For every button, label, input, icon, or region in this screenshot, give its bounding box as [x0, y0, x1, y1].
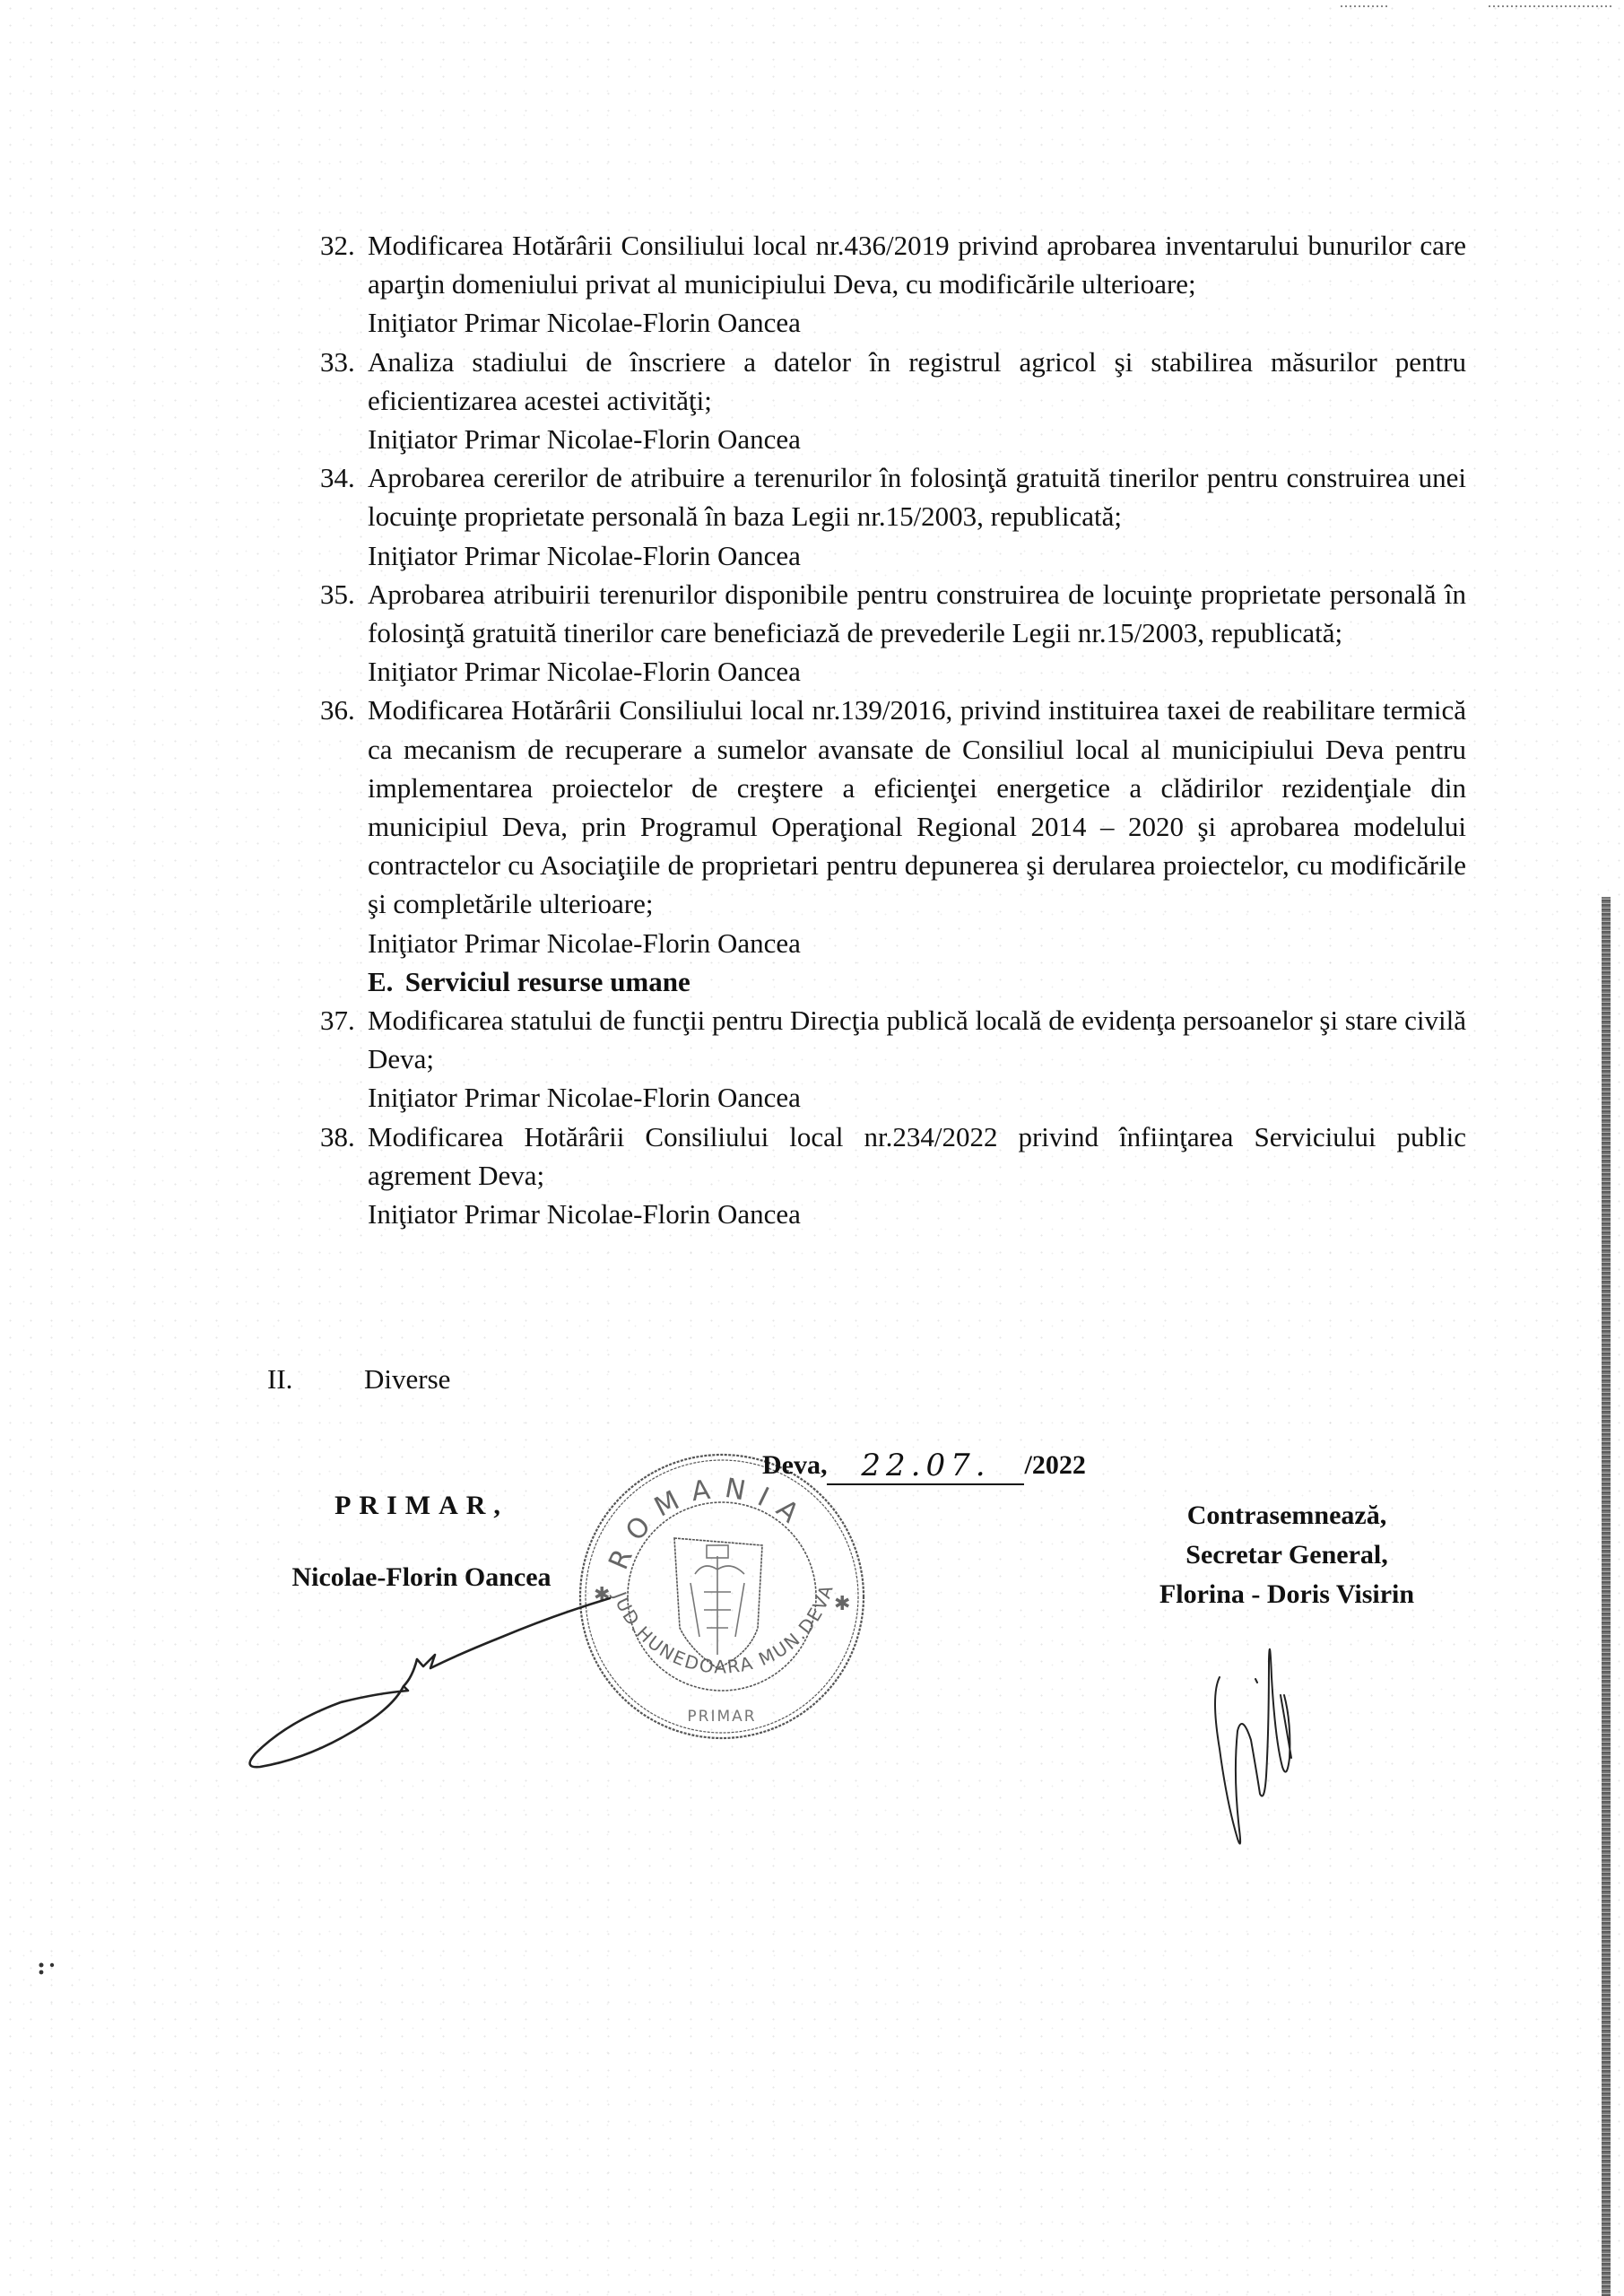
agenda-item: 38. Modificarea Hotărârii Consiliului lo… — [320, 1118, 1466, 1234]
section-number: II. — [267, 1363, 364, 1396]
date-place: Deva, — [762, 1450, 827, 1480]
svg-text:ROMANIA: ROMANIA — [603, 1473, 813, 1574]
item-text: Analiza stadiului de înscriere a datelor… — [368, 343, 1466, 420]
secretary-title: Secretar General, — [1099, 1535, 1475, 1575]
secretary-signature-icon — [1202, 1623, 1336, 1857]
item-number: 35. — [320, 575, 368, 691]
secretary-signature-block: Contrasemnează, Secretar General, Florin… — [1099, 1496, 1475, 1614]
agenda-item: 34. Aprobarea cererilor de atribuire a t… — [320, 458, 1466, 575]
item-text: Modificarea statului de funcţii pentru D… — [368, 1001, 1466, 1078]
section-heading: E. Serviciul resurse umane — [320, 962, 1466, 1001]
scan-artifact — [36, 1942, 72, 1978]
section-letter: E. — [368, 962, 398, 1001]
section-title: Serviciul resurse umane — [405, 966, 690, 997]
scan-artifact — [1489, 5, 1614, 7]
agenda-item: 35. Aprobarea atribuirii terenurilor dis… — [320, 575, 1466, 691]
item-initiator: Iniţiator Primar Nicolae-Florin Oancea — [368, 924, 1466, 962]
agenda-item: 36. Modificarea Hotărârii Consiliului lo… — [320, 691, 1466, 961]
item-text: Modificarea Hotărârii Consiliului local … — [368, 1118, 1466, 1195]
agenda-item: 37. Modificarea statului de funcţii pent… — [320, 1001, 1466, 1118]
item-initiator: Iniţiator Primar Nicolae-Florin Oancea — [368, 420, 1466, 458]
date-year: /2022 — [1024, 1450, 1085, 1480]
svg-text:JUD.HUNEDOARA MUN.DEVA: JUD.HUNEDOARA MUN.DEVA — [608, 1581, 838, 1678]
item-text: Aprobarea atribuirii terenurilor disponi… — [368, 575, 1466, 652]
coat-of-arms-icon — [674, 1538, 762, 1668]
item-text: Modificarea Hotărârii Consiliului local … — [368, 226, 1466, 303]
agenda-item: 32. Modificarea Hotărârii Consiliului lo… — [320, 226, 1466, 343]
mayor-name: Nicolae-Florin Oancea — [287, 1562, 556, 1593]
agenda-item: 33. Analiza stadiului de înscriere a dat… — [320, 343, 1466, 459]
countersign-label: Contrasemnează, — [1099, 1496, 1475, 1535]
handwritten-date: 22.07. — [827, 1448, 1024, 1485]
agenda-list: 32. Modificarea Hotărârii Consiliului lo… — [320, 226, 1466, 1233]
item-initiator: Iniţiator Primar Nicolae-Florin Oancea — [368, 652, 1466, 691]
item-text: Aprobarea cererilor de atribuire a teren… — [368, 458, 1466, 535]
item-initiator: Iniţiator Primar Nicolae-Florin Oancea — [368, 536, 1466, 575]
scan-edge — [1602, 897, 1611, 2296]
mayor-signature-block: PRIMAR, Nicolae-Florin Oancea — [287, 1491, 556, 1593]
item-number: 33. — [320, 343, 368, 459]
diverse-section: II.Diverse — [267, 1363, 450, 1396]
date-line: Deva,22.07./2022 — [762, 1446, 1086, 1483]
item-initiator: Iniţiator Primar Nicolae-Florin Oancea — [368, 303, 1466, 342]
svg-text:PRIMAR: PRIMAR — [687, 1708, 756, 1726]
item-number: 34. — [320, 458, 368, 575]
secretary-name: Florina - Doris Visirin — [1099, 1575, 1475, 1614]
item-text: Modificarea Hotărârii Consiliului local … — [368, 691, 1466, 923]
item-number: 32. — [320, 226, 368, 343]
item-initiator: Iniţiator Primar Nicolae-Florin Oancea — [368, 1078, 1466, 1117]
mayor-title: PRIMAR, — [287, 1491, 556, 1521]
section-label: Diverse — [364, 1363, 450, 1395]
item-number: 37. — [320, 1001, 368, 1118]
item-number: 36. — [320, 691, 368, 961]
scan-artifact — [1341, 5, 1390, 7]
mayor-signature-icon — [233, 1596, 628, 1776]
svg-text:✱: ✱ — [834, 1592, 850, 1614]
item-number: 38. — [320, 1118, 368, 1234]
item-initiator: Iniţiator Primar Nicolae-Florin Oancea — [368, 1195, 1466, 1233]
